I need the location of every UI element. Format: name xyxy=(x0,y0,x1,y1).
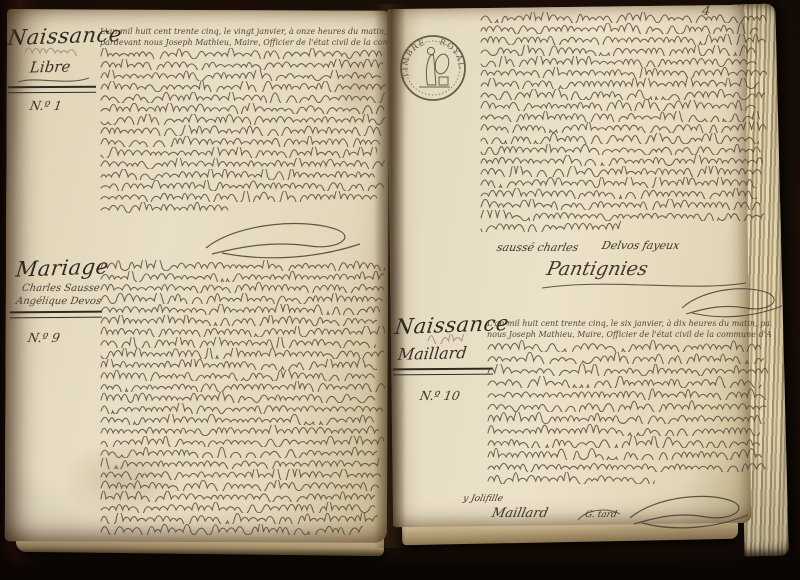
handwritten-line xyxy=(100,125,383,136)
underline-flourish xyxy=(16,74,92,86)
handwritten-line xyxy=(480,23,758,34)
marriage-act-continuation-text xyxy=(480,12,767,232)
signature-bride: Delvos fayeux xyxy=(601,239,681,252)
margin-divider-rule xyxy=(393,368,493,376)
handwritten-line xyxy=(100,447,377,458)
handwritten-line xyxy=(100,326,385,337)
handwritten-line xyxy=(100,513,378,524)
signature-witness-small: y Jolifille xyxy=(462,494,504,504)
handwritten-line xyxy=(100,169,376,180)
handwritten-line xyxy=(100,304,382,315)
handwritten-line xyxy=(487,436,760,448)
book-bottom-shadow xyxy=(0,548,800,580)
handwritten-line xyxy=(487,364,769,376)
handwritten-line xyxy=(480,34,766,45)
handwritten-line xyxy=(100,293,383,304)
handwritten-line xyxy=(100,469,381,480)
handwritten-line xyxy=(100,348,384,359)
handwritten-line xyxy=(487,460,767,472)
handwritten-line xyxy=(480,177,757,188)
handwritten-line xyxy=(480,188,757,199)
margin-heading-mariage: Mariage xyxy=(15,254,111,281)
handwritten-line xyxy=(480,78,759,89)
stamp-text-timbre: TIMBRE xyxy=(400,37,427,78)
handwritten-line xyxy=(480,12,767,23)
handwritten-text-block xyxy=(100,48,388,213)
stamp-figure-head xyxy=(427,47,434,54)
small-signature-flourish xyxy=(576,504,622,526)
signature-groom: saussé charles xyxy=(496,241,580,254)
faint-pencil-note xyxy=(24,46,80,56)
margin-entry-number-10: N.º 10 xyxy=(419,388,462,403)
handwritten-line xyxy=(100,370,375,381)
handwritten-line xyxy=(100,458,381,469)
handwritten-line xyxy=(100,282,385,293)
timbre-royal-stamp: TIMBRE ROYAL xyxy=(398,33,468,103)
handwritten-line xyxy=(24,46,80,56)
margin-name-groom: Charles Sausse xyxy=(21,283,100,294)
handwritten-line xyxy=(100,81,386,92)
signature-maillard: Maillard xyxy=(490,506,549,521)
handwritten-line xyxy=(100,403,383,414)
handwritten-line xyxy=(100,191,377,202)
stamp-figure-shield xyxy=(433,53,450,76)
handwritten-line xyxy=(100,436,384,447)
handwritten-line xyxy=(100,48,382,59)
handwritten-line xyxy=(100,337,376,348)
handwritten-line xyxy=(480,155,763,166)
handwritten-line xyxy=(100,381,385,392)
margin-divider-rule xyxy=(10,311,102,319)
handwritten-line xyxy=(100,502,375,513)
handwritten-line xyxy=(100,392,377,403)
margin-entry-number-9: N.º 9 xyxy=(27,330,62,345)
handwritten-line xyxy=(487,424,760,436)
entry-10-body-text: L'an mil huit cent trente cinq, le six j… xyxy=(487,318,771,484)
handwritten-line xyxy=(487,472,657,484)
handwritten-text-block xyxy=(487,340,771,484)
entry-1-body-text: L'an mil huit cent trente cinq, le vingt… xyxy=(100,26,388,213)
handwritten-line xyxy=(480,144,763,155)
handwritten-line xyxy=(100,414,376,425)
entry-1-incipit-line: pardevant nous Joseph Mathieu, Maire, Of… xyxy=(100,37,388,48)
signature-pantignies: Pantignies xyxy=(545,258,650,280)
handwritten-line xyxy=(480,67,767,78)
handwritten-line xyxy=(100,92,385,103)
handwritten-line xyxy=(100,315,377,326)
handwritten-line xyxy=(100,180,384,191)
handwritten-line xyxy=(480,199,760,210)
margin-name-bride: Angélique Devos xyxy=(15,296,102,307)
entry-9-body-text xyxy=(100,260,385,535)
handwritten-line xyxy=(487,388,766,400)
margin-name-maillard: Maillard xyxy=(397,343,468,364)
handwritten-line xyxy=(100,480,380,491)
official-signature-flourish xyxy=(676,282,786,322)
handwritten-line xyxy=(487,352,764,364)
margin-entry-number-1: N.º 1 xyxy=(29,98,64,113)
entry-1-incipit-line: L'an mil huit cent trente cinq, le vingt… xyxy=(100,26,388,37)
handwritten-line xyxy=(100,59,383,70)
handwritten-line xyxy=(480,45,758,56)
handwritten-line xyxy=(100,70,381,81)
handwritten-line xyxy=(487,376,762,388)
handwritten-line xyxy=(100,202,229,213)
handwritten-line xyxy=(100,158,385,169)
handwritten-line xyxy=(100,491,375,502)
handwritten-line xyxy=(480,210,764,221)
handwritten-line xyxy=(487,412,765,424)
handwritten-line xyxy=(100,425,379,436)
handwritten-line xyxy=(480,89,765,100)
handwritten-line xyxy=(480,221,624,232)
handwritten-line xyxy=(100,147,377,158)
margin-divider-rule xyxy=(8,86,96,94)
handwritten-line xyxy=(480,166,762,177)
handwritten-line xyxy=(487,400,766,412)
handwritten-line xyxy=(480,133,759,144)
entry-10-incipit-line: nous Joseph Mathieu, Maire, Officier de … xyxy=(487,329,771,340)
official-signature-flourish xyxy=(622,488,752,534)
handwritten-line xyxy=(100,524,363,535)
handwritten-line xyxy=(100,260,385,271)
handwritten-line xyxy=(480,122,766,133)
handwritten-line xyxy=(100,271,384,282)
handwritten-line xyxy=(100,114,385,125)
stamp-figure-body xyxy=(426,55,436,85)
handwritten-line xyxy=(487,340,761,352)
handwritten-line xyxy=(100,359,377,370)
handwritten-line xyxy=(480,100,758,111)
entry-10-incipit-line: L'an mil huit cent trente cinq, le six j… xyxy=(487,318,771,329)
official-signature-flourish xyxy=(198,216,368,260)
stamp-figure-pedestal xyxy=(439,77,448,85)
handwritten-line xyxy=(100,136,382,147)
photograph-of-open-register: Naissance Libre N.º 1 L'an mil huit cent… xyxy=(0,0,800,580)
handwritten-line xyxy=(480,56,757,67)
handwritten-line xyxy=(100,103,384,114)
handwritten-line xyxy=(487,448,763,460)
handwritten-line xyxy=(480,111,761,122)
